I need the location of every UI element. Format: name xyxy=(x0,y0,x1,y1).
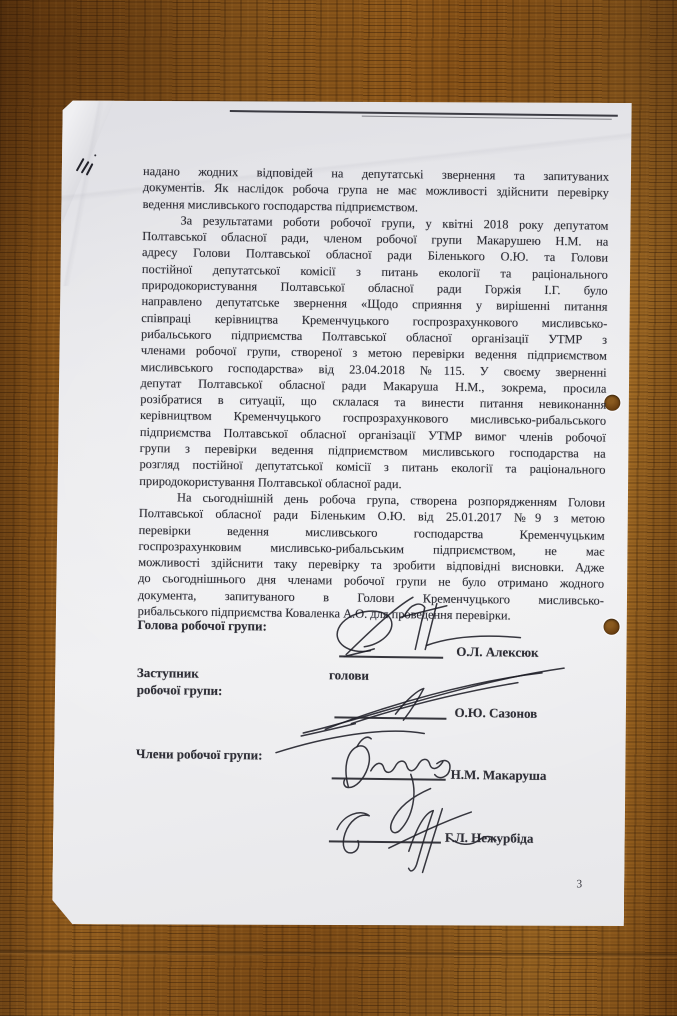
wooden-desk-surface: надано жодних відповідей на депутатські … xyxy=(0,0,677,1016)
punch-hole-top xyxy=(604,395,620,411)
paragraph: надано жодних відповідей на депутатські … xyxy=(143,163,610,218)
page-number: 3 xyxy=(576,878,582,890)
label-word: Заступник xyxy=(137,665,199,682)
document-page: надано жодних відповідей на депутатські … xyxy=(52,96,634,931)
signature-name-sazonov: О.Ю. Сазонов xyxy=(454,705,537,722)
document-body: надано жодних відповідей на депутатські … xyxy=(138,163,610,625)
signature-name-nezhurbida: Г.Л. Нежурбіда xyxy=(445,830,534,847)
signature-name-makarusha: Н.М. Макаруша xyxy=(451,767,547,784)
pen-scribble-marks xyxy=(74,151,98,177)
punch-hole-bottom xyxy=(603,619,619,635)
wood-plank-seam xyxy=(0,950,677,958)
paragraph: За результатами роботи робочої групи, у … xyxy=(139,212,608,495)
